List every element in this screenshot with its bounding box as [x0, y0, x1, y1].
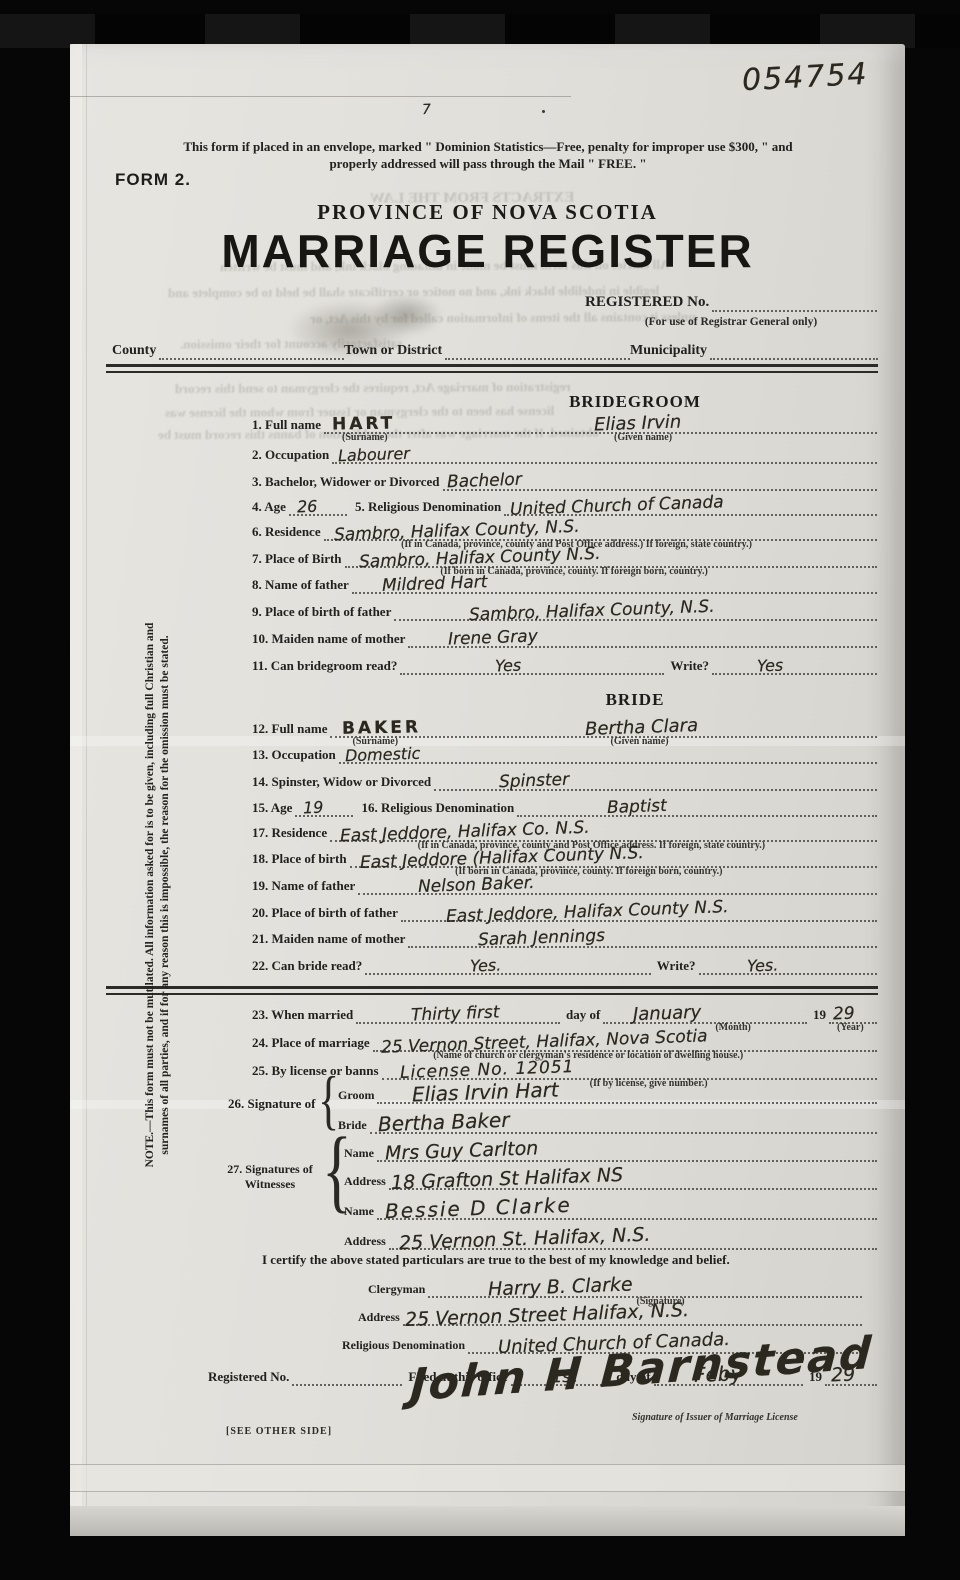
groom-status-value: Bachelor	[446, 470, 521, 493]
field-label: 19. Name of father	[252, 878, 358, 895]
witness2-address-line: 25 Vernon St. Halifax, N.S.	[389, 1226, 877, 1250]
field-groom-birthplace: 7. Place of Birth Sambro, Halifax County…	[252, 546, 877, 568]
field-bride-father: 19. Name of father Nelson Baker.	[252, 873, 877, 895]
fold-line	[70, 1491, 905, 1492]
field-label: 8. Name of father	[252, 577, 352, 594]
microfilm-edge-strip	[0, 14, 960, 48]
field-line: Domestic	[339, 740, 877, 764]
clergy-address-value: 25 Vernon Street Halifax, N.S.	[404, 1299, 689, 1331]
witness1-address-line: 18 Grafton St Halifax NS	[389, 1166, 877, 1190]
envelope-note: This form if placed in an envelope, mark…	[138, 138, 838, 172]
field-label: 5. Religious Denomination	[347, 499, 504, 516]
month-value: January	[633, 1002, 702, 1025]
field-groom-signature: Groom Elias Irvin Hart	[338, 1082, 877, 1104]
bride-write-value: Yes.	[746, 955, 778, 975]
address-label: Address	[358, 1310, 403, 1326]
bride-age-value: 19	[303, 798, 324, 818]
signature-of-label: 26. Signature of	[228, 1096, 319, 1113]
registered-line	[292, 1362, 402, 1386]
field-line: East Jeddore, Halifax Co. N.S. (If in Ca…	[330, 818, 877, 842]
write-line: Yes.	[699, 951, 877, 975]
field-groom-age-religion: 4. Age 26 5. Religious Denomination Unit…	[252, 494, 877, 516]
groom-write-value: Yes	[757, 656, 784, 676]
religion-line: Baptist	[517, 793, 877, 817]
write-label: Write?	[651, 958, 699, 975]
form-number: FORM 2.	[115, 170, 191, 190]
write-line: Yes	[712, 651, 877, 675]
field-clergyman-address: Address 25 Vernon Street Halifax, N.S.	[358, 1304, 862, 1326]
field-label: 16. Religious Denomination	[353, 800, 517, 817]
paper-bottom-edge	[70, 1506, 905, 1536]
field-bride-birthplace: 18. Place of birth East Jeddore (Halifax…	[252, 846, 877, 868]
field-bride-literacy: 22. Can bride read? Yes. Write? Yes.	[252, 953, 877, 975]
clergyman-signature-value: Harry B. Clarke	[488, 1273, 633, 1300]
address-label: Address	[344, 1234, 389, 1250]
field-line: Labourer	[332, 440, 877, 464]
witnesses-label: 27. Signatures of Witnesses	[220, 1162, 320, 1192]
bride-father-birthplace-value: East Jeddore, Halifax County N.S.	[446, 897, 729, 927]
witness1-address-value: 18 Grafton St Halifax NS	[390, 1164, 623, 1194]
field-line: Sarah Jennings	[408, 924, 877, 948]
field-witness1-address: Address 18 Grafton St Halifax NS	[344, 1168, 877, 1190]
certify-statement: I certify the above stated particulars a…	[262, 1252, 730, 1268]
field-label: 6. Residence	[252, 524, 324, 541]
field-groom-full-name: 1. Full name HART (Surname) Elias Irvin …	[252, 412, 877, 434]
groom-father-value: Mildred Hart	[381, 572, 487, 596]
section-divider	[106, 986, 878, 995]
witness2-address-value: 25 Vernon St. Halifax, N.S.	[398, 1224, 650, 1255]
field-label: 10. Maiden name of mother	[252, 631, 408, 648]
registered-label: Registered No.	[208, 1369, 292, 1386]
bride-mother-value: Sarah Jennings	[478, 926, 606, 950]
field-label: 4. Age	[252, 499, 289, 516]
field-groom-residence: 6. Residence Sambro, Halifax County, N.S…	[252, 519, 877, 541]
field-when-married: 23. When married Thirty first day of Jan…	[252, 1002, 877, 1024]
bride-heading: BRIDE	[370, 690, 900, 710]
field-line: Irene Gray	[408, 624, 877, 648]
field-line: Sambro, Halifax County N.S. (If born in …	[345, 544, 877, 568]
film-number-handwritten: 054754	[741, 57, 869, 99]
bride-sig-line: Bertha Baker	[370, 1110, 877, 1134]
county-label: County	[112, 343, 159, 360]
write-label: Write?	[664, 658, 712, 675]
groom-occupation-value: Labourer	[338, 444, 410, 465]
registered-no-line	[712, 288, 877, 312]
age-line: 19	[295, 793, 353, 817]
field-label: 1. Full name	[252, 417, 324, 434]
registered-no-row: REGISTERED No.	[585, 290, 877, 312]
bride-occupation-value: Domestic	[344, 744, 420, 766]
name-label: Name	[344, 1146, 377, 1162]
field-label: 24. Place of marriage	[252, 1035, 373, 1052]
field-line: Sambro, Halifax County, N.S.	[394, 597, 877, 621]
see-other-side: [SEE OTHER SIDE]	[226, 1426, 332, 1437]
bride-status-value: Spinster	[499, 770, 570, 792]
religion-line: United Church of Canada	[504, 492, 877, 516]
section-divider	[106, 364, 878, 373]
margin-note-line2: surnames of all parties, and if for any …	[159, 635, 171, 1154]
envelope-note-line2: properly addressed will pass through the…	[329, 156, 646, 171]
bride-signature-value: Bertha Baker	[377, 1108, 509, 1137]
field-groom-literacy: 11. Can bridegroom read? Yes Write? Yes	[252, 653, 877, 675]
bridegroom-heading: BRIDEGROOM	[370, 392, 900, 412]
witness2-name-value: Bessie D Clarke	[385, 1193, 572, 1224]
name-label: Name	[344, 1204, 377, 1220]
stray-pen-dot	[542, 110, 545, 113]
witness1-name-line: Mrs Guy Carlton	[377, 1138, 877, 1162]
page-title: MARRIAGE REGISTER	[70, 224, 905, 278]
read-line: Yes	[400, 651, 664, 675]
town-line	[445, 336, 630, 360]
field-bride-age-religion: 15. Age 19 16. Religious Denomination Ba…	[252, 795, 877, 817]
field-label: 2. Occupation	[252, 447, 332, 464]
groom-age-value: 26	[297, 497, 318, 517]
year-prefix: 19	[807, 1007, 829, 1024]
field-line: License No. 12051 (If by license, give n…	[382, 1056, 877, 1080]
town-label: Town or District	[344, 343, 445, 360]
field-groom-father-birthplace: 9. Place of birth of father Sambro, Hali…	[252, 599, 877, 621]
field-groom-status: 3. Bachelor, Widower or Divorced Bachelo…	[252, 469, 877, 491]
field-bride-occupation: 13. Occupation Domestic	[252, 742, 877, 764]
field-label: 3. Bachelor, Widower or Divorced	[252, 474, 443, 491]
day-of-label: day of	[560, 1007, 603, 1024]
groom-mother-value: Irene Gray	[448, 626, 538, 649]
field-bride-status: 14. Spinster, Widow or Divorced Spinster	[252, 769, 877, 791]
groom-religion-value: United Church of Canada	[510, 492, 724, 519]
year-line: 29 (Year)	[829, 1000, 877, 1024]
field-label: 7. Place of Birth	[252, 551, 345, 568]
groom-father-birthplace-value: Sambro, Halifax County, N.S.	[469, 597, 715, 626]
field-witness2-address: Address 25 Vernon St. Halifax, N.S.	[344, 1228, 877, 1250]
field-groom-father: 8. Name of father Mildred Hart	[252, 572, 877, 594]
month-line: January (Month)	[603, 1000, 807, 1024]
marriage-register-page: EXTRACTS FROM THE LAW All entries on thi…	[70, 44, 905, 1536]
field-label: 13. Occupation	[252, 747, 339, 764]
address-label: Address	[344, 1174, 389, 1190]
registrar-note: (For use of Registrar General only)	[585, 316, 877, 328]
field-license-or-banns: 25. By license or banns License No. 1205…	[252, 1058, 877, 1080]
municipality-line	[710, 336, 878, 360]
witnesses-label-line2: Witnesses	[245, 1177, 295, 1191]
bride-religion-value: Baptist	[607, 796, 667, 818]
groom-read-value: Yes	[495, 656, 522, 676]
field-label: 14. Spinster, Widow or Divorced	[252, 774, 434, 791]
field-line: Bachelor	[443, 467, 877, 491]
field-line: East Jeddore (Halifax County N.S. (If bo…	[350, 844, 877, 868]
witness2-name-line: Bessie D Clarke	[377, 1196, 877, 1220]
field-label: 18. Place of birth	[252, 851, 350, 868]
paper-crease	[70, 96, 571, 97]
field-line: HART (Surname) Elias Irvin (Given name)	[324, 410, 877, 434]
field-label: 23. When married	[252, 1007, 356, 1024]
county-line	[159, 336, 344, 360]
denomination-label: Religious Denomination	[342, 1338, 468, 1354]
registered-no-label: REGISTERED No.	[585, 294, 712, 312]
field-line: Spinster	[434, 767, 877, 791]
witness1-name-value: Mrs Guy Carlton	[385, 1137, 539, 1164]
witnesses-label-line1: 27. Signatures of	[227, 1162, 312, 1176]
field-place-of-marriage: 24. Place of marriage 25 Vernon Street, …	[252, 1030, 877, 1052]
field-bride-father-birthplace: 20. Place of birth of father East Jeddor…	[252, 900, 877, 922]
field-label: 17. Residence	[252, 825, 330, 842]
county-row: County Town or District Municipality	[112, 338, 878, 360]
province-heading: PROVINCE OF NOVA SCOTIA	[70, 200, 905, 225]
field-bride-signature: Bride Bertha Baker	[338, 1112, 877, 1134]
field-groom-mother: 10. Maiden name of mother Irene Gray	[252, 626, 877, 648]
municipality-label: Municipality	[630, 343, 710, 360]
margin-note: NOTE.—This form must not be mutilated. A…	[143, 540, 177, 1250]
field-line: Nelson Baker.	[358, 871, 877, 895]
field-clergyman: Clergyman Harry B. Clarke (Signature)	[368, 1276, 862, 1298]
groom-signature-value: Elias Irvin Hart	[412, 1077, 559, 1106]
stray-pen-mark: 7	[422, 102, 431, 118]
field-line: BAKER (Surname) Bertha Clara (Given name…	[330, 714, 877, 738]
field-bride-residence: 17. Residence East Jeddore, Halifax Co. …	[252, 820, 877, 842]
field-label: 20. Place of birth of father	[252, 905, 401, 922]
field-line: East Jeddore, Halifax County N.S.	[401, 898, 877, 922]
field-label: 9. Place of birth of father	[252, 604, 394, 621]
bride-read-value: Yes.	[470, 955, 502, 975]
field-label: 11. Can bridegroom read?	[252, 658, 400, 675]
field-bride-full-name: 12. Full name BAKER (Surname) Bertha Cla…	[252, 716, 877, 738]
clergyman-label: Clergyman	[368, 1282, 428, 1298]
read-line: Yes.	[365, 951, 651, 975]
issuer-signature-caption: Signature of Issuer of Marriage License	[632, 1412, 798, 1423]
fold-strip	[70, 1465, 905, 1491]
field-witness2-name: Name Bessie D Clarke	[344, 1198, 877, 1220]
field-line: Sambro, Halifax County, N.S. (If in Cana…	[324, 517, 877, 541]
field-bride-mother: 21. Maiden name of mother Sarah Jennings	[252, 926, 877, 948]
when-married-value: Thirty first	[411, 1002, 500, 1025]
margin-note-line1: NOTE.—This form must not be mutilated. A…	[144, 623, 156, 1168]
clergy-address-line: 25 Vernon Street Halifax, N.S.	[403, 1302, 862, 1326]
groom-sig-label: Groom	[338, 1088, 377, 1104]
field-line: 25 Vernon Street, Halifax, Nova Scotia (…	[373, 1028, 877, 1052]
field-label: 21. Maiden name of mother	[252, 931, 408, 948]
microfilm-scan: { "film_number": "054754", "header": { "…	[0, 0, 960, 1580]
field-label: 22. Can bride read?	[252, 958, 365, 975]
when-line: Thirty first	[356, 1000, 560, 1024]
field-label: 25. By license or banns	[252, 1063, 382, 1080]
field-label: 15. Age	[252, 800, 295, 817]
groom-sig-line: Elias Irvin Hart	[377, 1080, 877, 1104]
envelope-note-line1: This form if placed in an envelope, mark…	[183, 139, 792, 154]
field-groom-occupation: 2. Occupation Labourer	[252, 442, 877, 464]
field-label: 12. Full name	[252, 721, 330, 738]
clergyman-line: Harry B. Clarke (Signature)	[428, 1274, 862, 1298]
field-witness1-name: Name Mrs Guy Carlton	[344, 1140, 877, 1162]
age-line: 26	[289, 492, 347, 516]
bride-father-value: Nelson Baker.	[418, 873, 535, 897]
field-line: Mildred Hart	[352, 570, 877, 594]
